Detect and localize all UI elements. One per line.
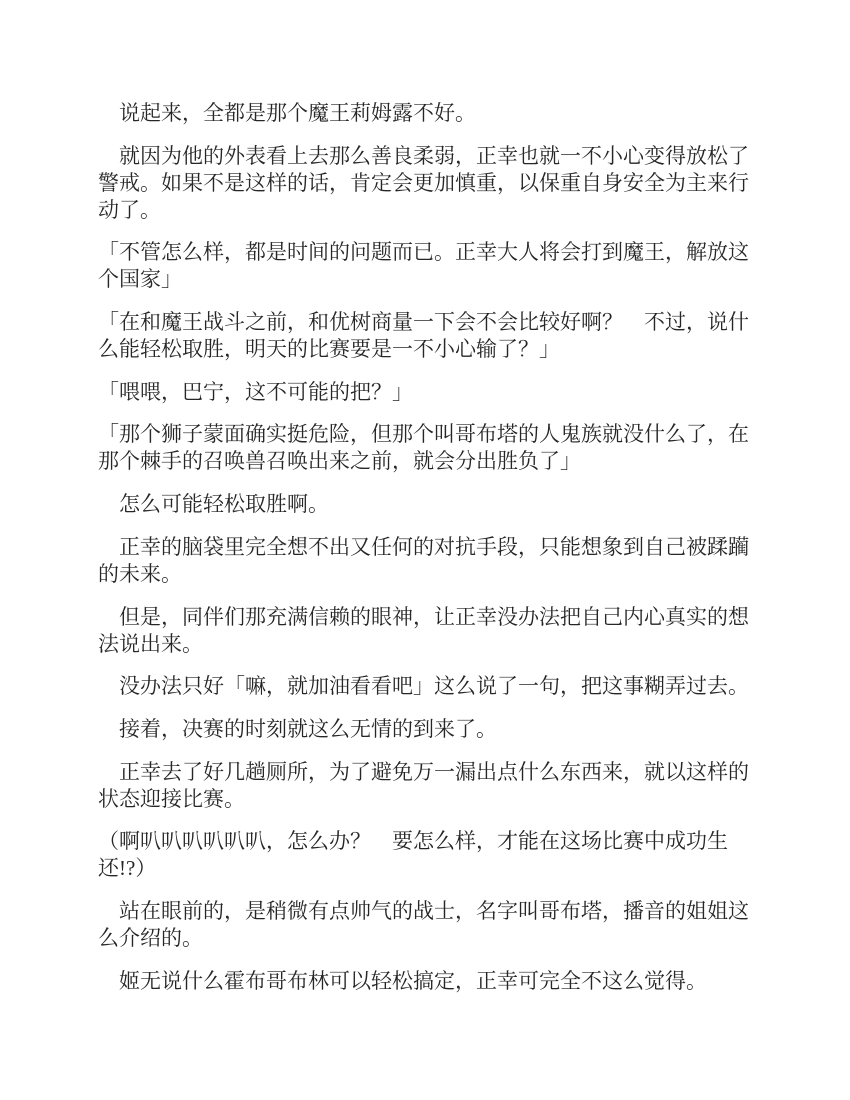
novel-paragraph: 「喂喂，巴宁，这不可能的把？」 <box>98 379 753 406</box>
novel-paragraph: 没办法只好「嘛，就加油看看吧」这么说了一句，把这事糊弄过去。 <box>98 673 753 700</box>
novel-page: 说起来，全都是那个魔王莉姆露不好。就因为他的外表看上去那么善良柔弱，正幸也就一不… <box>0 0 850 1100</box>
novel-paragraph: 说起来，全都是那个魔王莉姆露不好。 <box>98 100 753 127</box>
novel-paragraph: 「不管怎么样，都是时间的问题而已。正幸大人将会打到魔王，解放这个国家」 <box>98 239 753 293</box>
novel-paragraph: 姬无说什么霍布哥布林可以轻松搞定，正幸可完全不这么觉得。 <box>98 968 753 995</box>
novel-paragraph: 站在眼前的，是稍微有点帅气的战士，名字叫哥布塔，播音的姐姐这么介绍的。 <box>98 898 753 952</box>
novel-paragraph: 怎么可能轻松取胜啊。 <box>98 491 753 518</box>
novel-paragraph: 正幸去了好几趟厕所，为了避免万一漏出点什么东西来，就以这样的状态迎接比赛。 <box>98 759 753 813</box>
novel-paragraph: 「在和魔王战斗之前，和优树商量一下会不会比较好啊？ 不过，说什么能轻松取胜，明天… <box>98 309 753 363</box>
novel-text-block: 说起来，全都是那个魔王莉姆露不好。就因为他的外表看上去那么善良柔弱，正幸也就一不… <box>98 100 753 995</box>
novel-paragraph: 接着，决赛的时刻就这么无情的到来了。 <box>98 716 753 743</box>
novel-paragraph: 「那个狮子蒙面确实挺危险，但那个叫哥布塔的人鬼族就没什么了，在那个棘手的召唤兽召… <box>98 421 753 475</box>
novel-paragraph: （啊叭叭叭叭叭叭，怎么办？ 要怎么样，才能在这场比赛中成功生还!?） <box>98 828 753 882</box>
novel-paragraph: 正幸的脑袋里完全想不出又任何的对抗手段，只能想象到自己被蹂躏的未来。 <box>98 534 753 588</box>
novel-paragraph: 就因为他的外表看上去那么善良柔弱，正幸也就一不小心变得放松了警戒。如果不是这样的… <box>98 143 753 224</box>
novel-paragraph: 但是，同伴们那充满信赖的眼神，让正幸没办法把自己内心真实的想法说出来。 <box>98 604 753 658</box>
